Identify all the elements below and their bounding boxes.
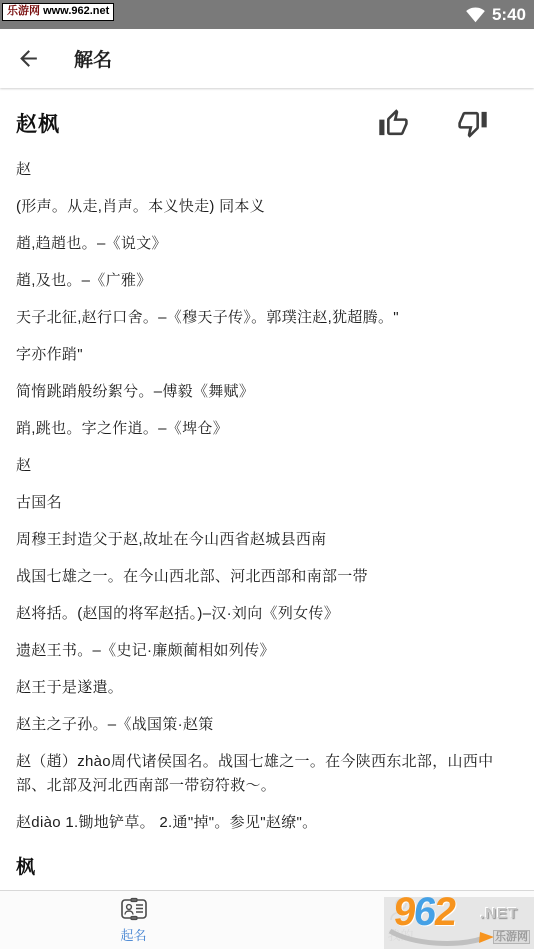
status-clock: 5:40 — [492, 5, 526, 25]
site-logo-watermark: 962 .NET 乐游网 — [384, 897, 534, 949]
badge-site-name: 乐游网 — [7, 5, 40, 17]
next-character-heading: 枫 — [16, 852, 518, 879]
badge-site-url: www.962.net — [43, 5, 109, 17]
definition-paragraph-list: 赵(形声。从走,肖声。本义快走) 同本义趙,趋趙也。–《说文》趙,及也。–《广雅… — [16, 158, 518, 835]
definition-paragraph: 天子北征,赵行口舍。–《穆天子传》。郭璞注赵,犹超腾。" — [16, 306, 518, 330]
status-bar: 乐游网 www.962.net 5:40 — [0, 0, 534, 29]
logo-net: .NET — [480, 905, 518, 922]
site-watermark-badge: 乐游网 www.962.net — [2, 3, 114, 21]
app-bar: 解名 — [0, 29, 534, 88]
logo-site-name: 乐游网 — [491, 928, 530, 944]
name-heading: 赵枫 — [16, 108, 60, 138]
definition-paragraph: 踃,跳也。字之作逍。–《埤仓》 — [16, 417, 518, 441]
definition-paragraph: 周穆王封造父于赵,故址在今山西省赵城县西南 — [16, 528, 518, 552]
definition-paragraph: 赵 — [16, 158, 518, 182]
page-title: 解名 — [74, 45, 112, 72]
tab-naming[interactable]: 起名 — [0, 891, 267, 949]
logo-site-chars: 乐游网 — [493, 930, 530, 944]
thumbs-down-icon — [457, 127, 488, 142]
definition-paragraph: 趙,趋趙也。–《说文》 — [16, 232, 518, 256]
definition-paragraph: 字亦作踃" — [16, 343, 518, 367]
definition-paragraph: 赵王于是遂遣。 — [16, 676, 518, 700]
thumbs-down-button[interactable] — [457, 108, 488, 139]
definition-paragraph: (形声。从走,肖声。本义快走) 同本义 — [16, 195, 518, 219]
back-arrow-icon — [16, 46, 41, 71]
definition-paragraph: 古国名 — [16, 491, 518, 515]
definition-paragraph: 赵（趙）zhào周代诸侯国名。战国七雄之一。在今陕西东北部，山西中部、北部及河北… — [16, 750, 518, 798]
id-card-icon — [119, 896, 149, 922]
thumbs-up-icon — [378, 127, 409, 142]
definition-paragraph: 趙,及也。–《广雅》 — [16, 269, 518, 293]
definition-paragraph: 赵主之子孙。–《战国策·赵策 — [16, 713, 518, 737]
definition-content: 赵枫 赵(形声。从走,肖声。本义快走) 同本义趙,趋趙也。–《说文》趙,及也。–… — [0, 88, 534, 949]
definition-paragraph: 赵 — [16, 454, 518, 478]
definition-paragraph: 遗赵王书。–《史记·廉颇蔺相如列传》 — [16, 639, 518, 663]
definition-paragraph: 赵将括。(赵国的将军赵括。)–汉·刘向《列女传》 — [16, 602, 518, 626]
back-button[interactable] — [0, 29, 56, 88]
thumbs-up-button[interactable] — [378, 108, 409, 139]
wifi-icon — [466, 6, 485, 23]
definition-paragraph: 战国七雄之一。在今山西北部、河北西部和南部一带 — [16, 565, 518, 589]
tab-naming-label: 起名 — [120, 925, 146, 944]
definition-paragraph: 简惰跳踃般纷絮兮。–傅毅《舞赋》 — [16, 380, 518, 404]
definition-paragraph: 赵diào 1.锄地铲草。 2.通"掉"。参见"赵缭"。 — [16, 811, 518, 835]
logo-962: 962 — [392, 897, 457, 935]
